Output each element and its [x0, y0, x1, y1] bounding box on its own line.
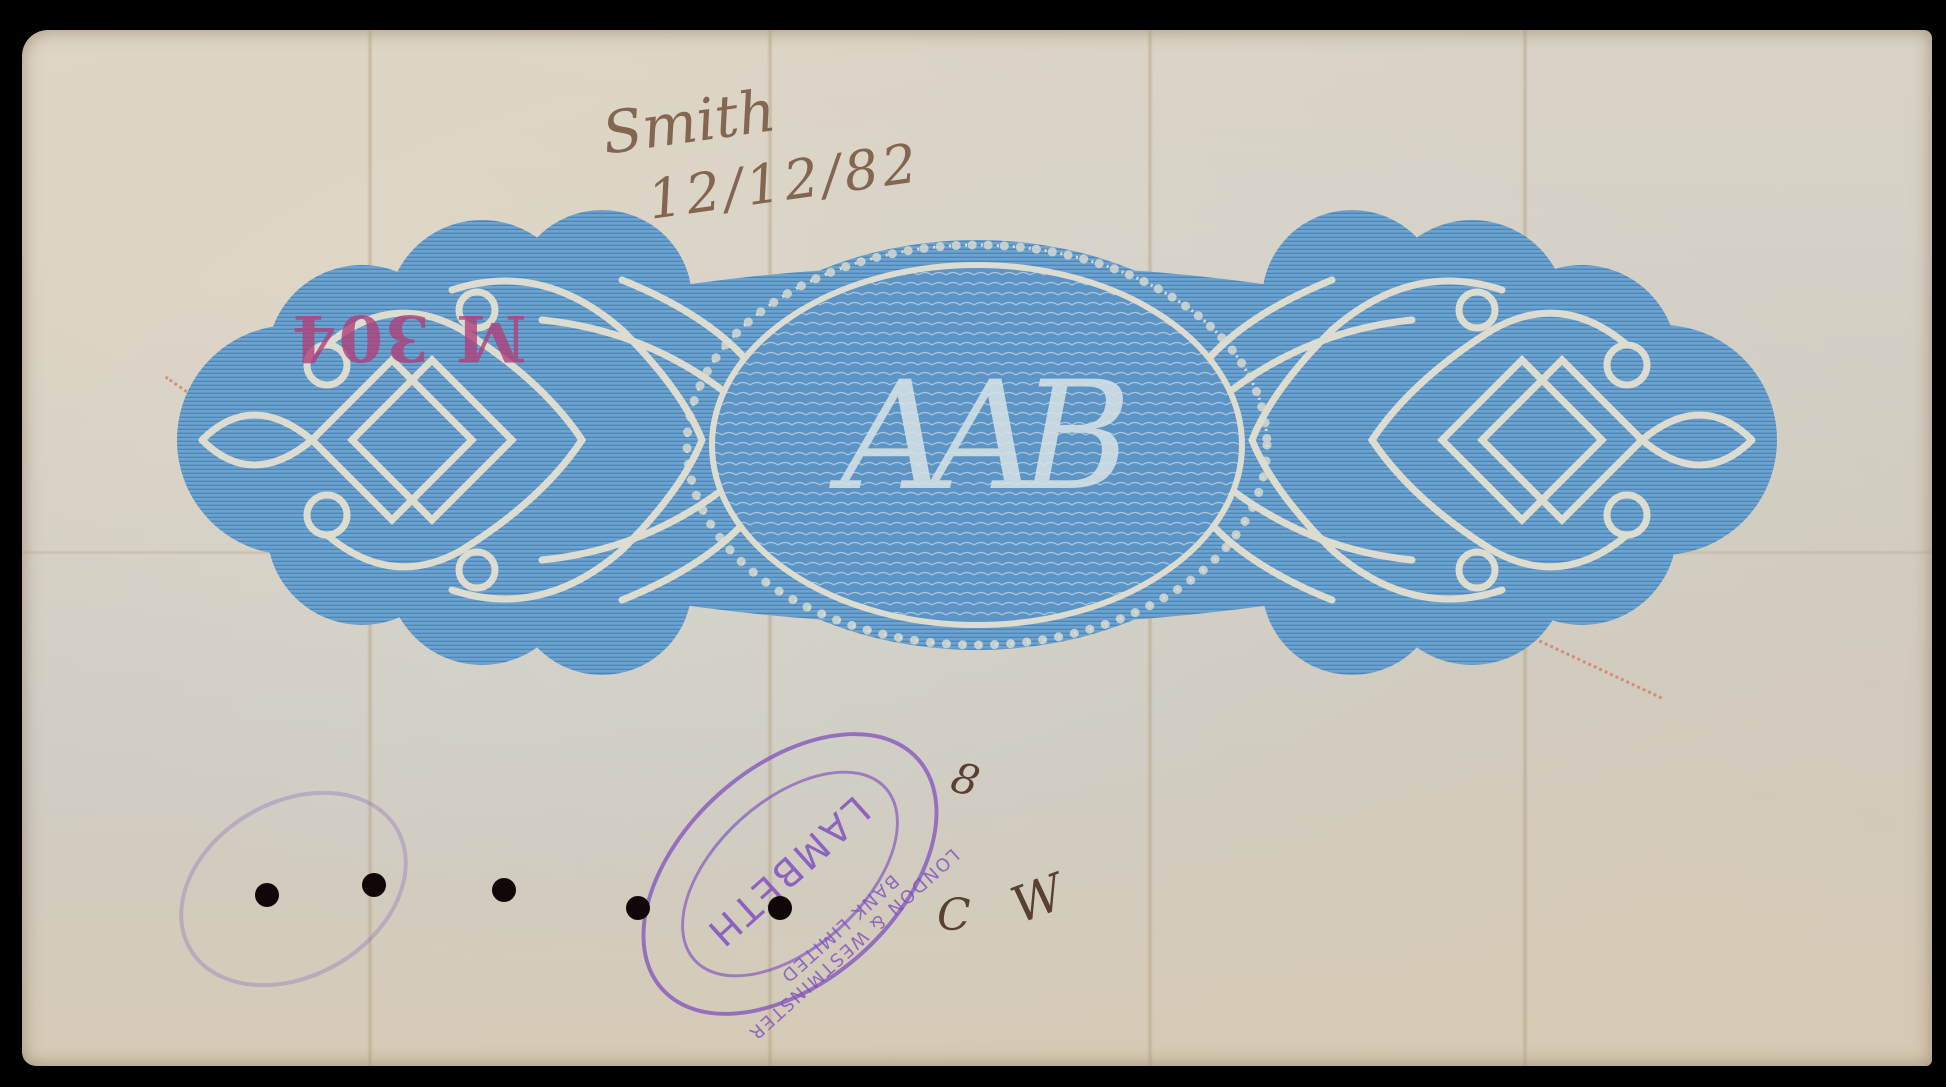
punch-hole	[626, 896, 650, 920]
monogram: AAB	[777, 350, 1177, 524]
photo-stage: AAB Smith 12/12/82 M 304 LAMBETH LONDON …	[0, 0, 1946, 1087]
punch-hole	[492, 878, 516, 902]
punch-hole	[362, 873, 386, 897]
ink-mark-c: C	[937, 890, 971, 941]
punch-hole	[255, 883, 279, 907]
banknote: AAB Smith 12/12/82 M 304 LAMBETH LONDON …	[22, 30, 1932, 1066]
punch-hole	[768, 896, 792, 920]
serial-number-stamp: M 304	[290, 300, 527, 375]
